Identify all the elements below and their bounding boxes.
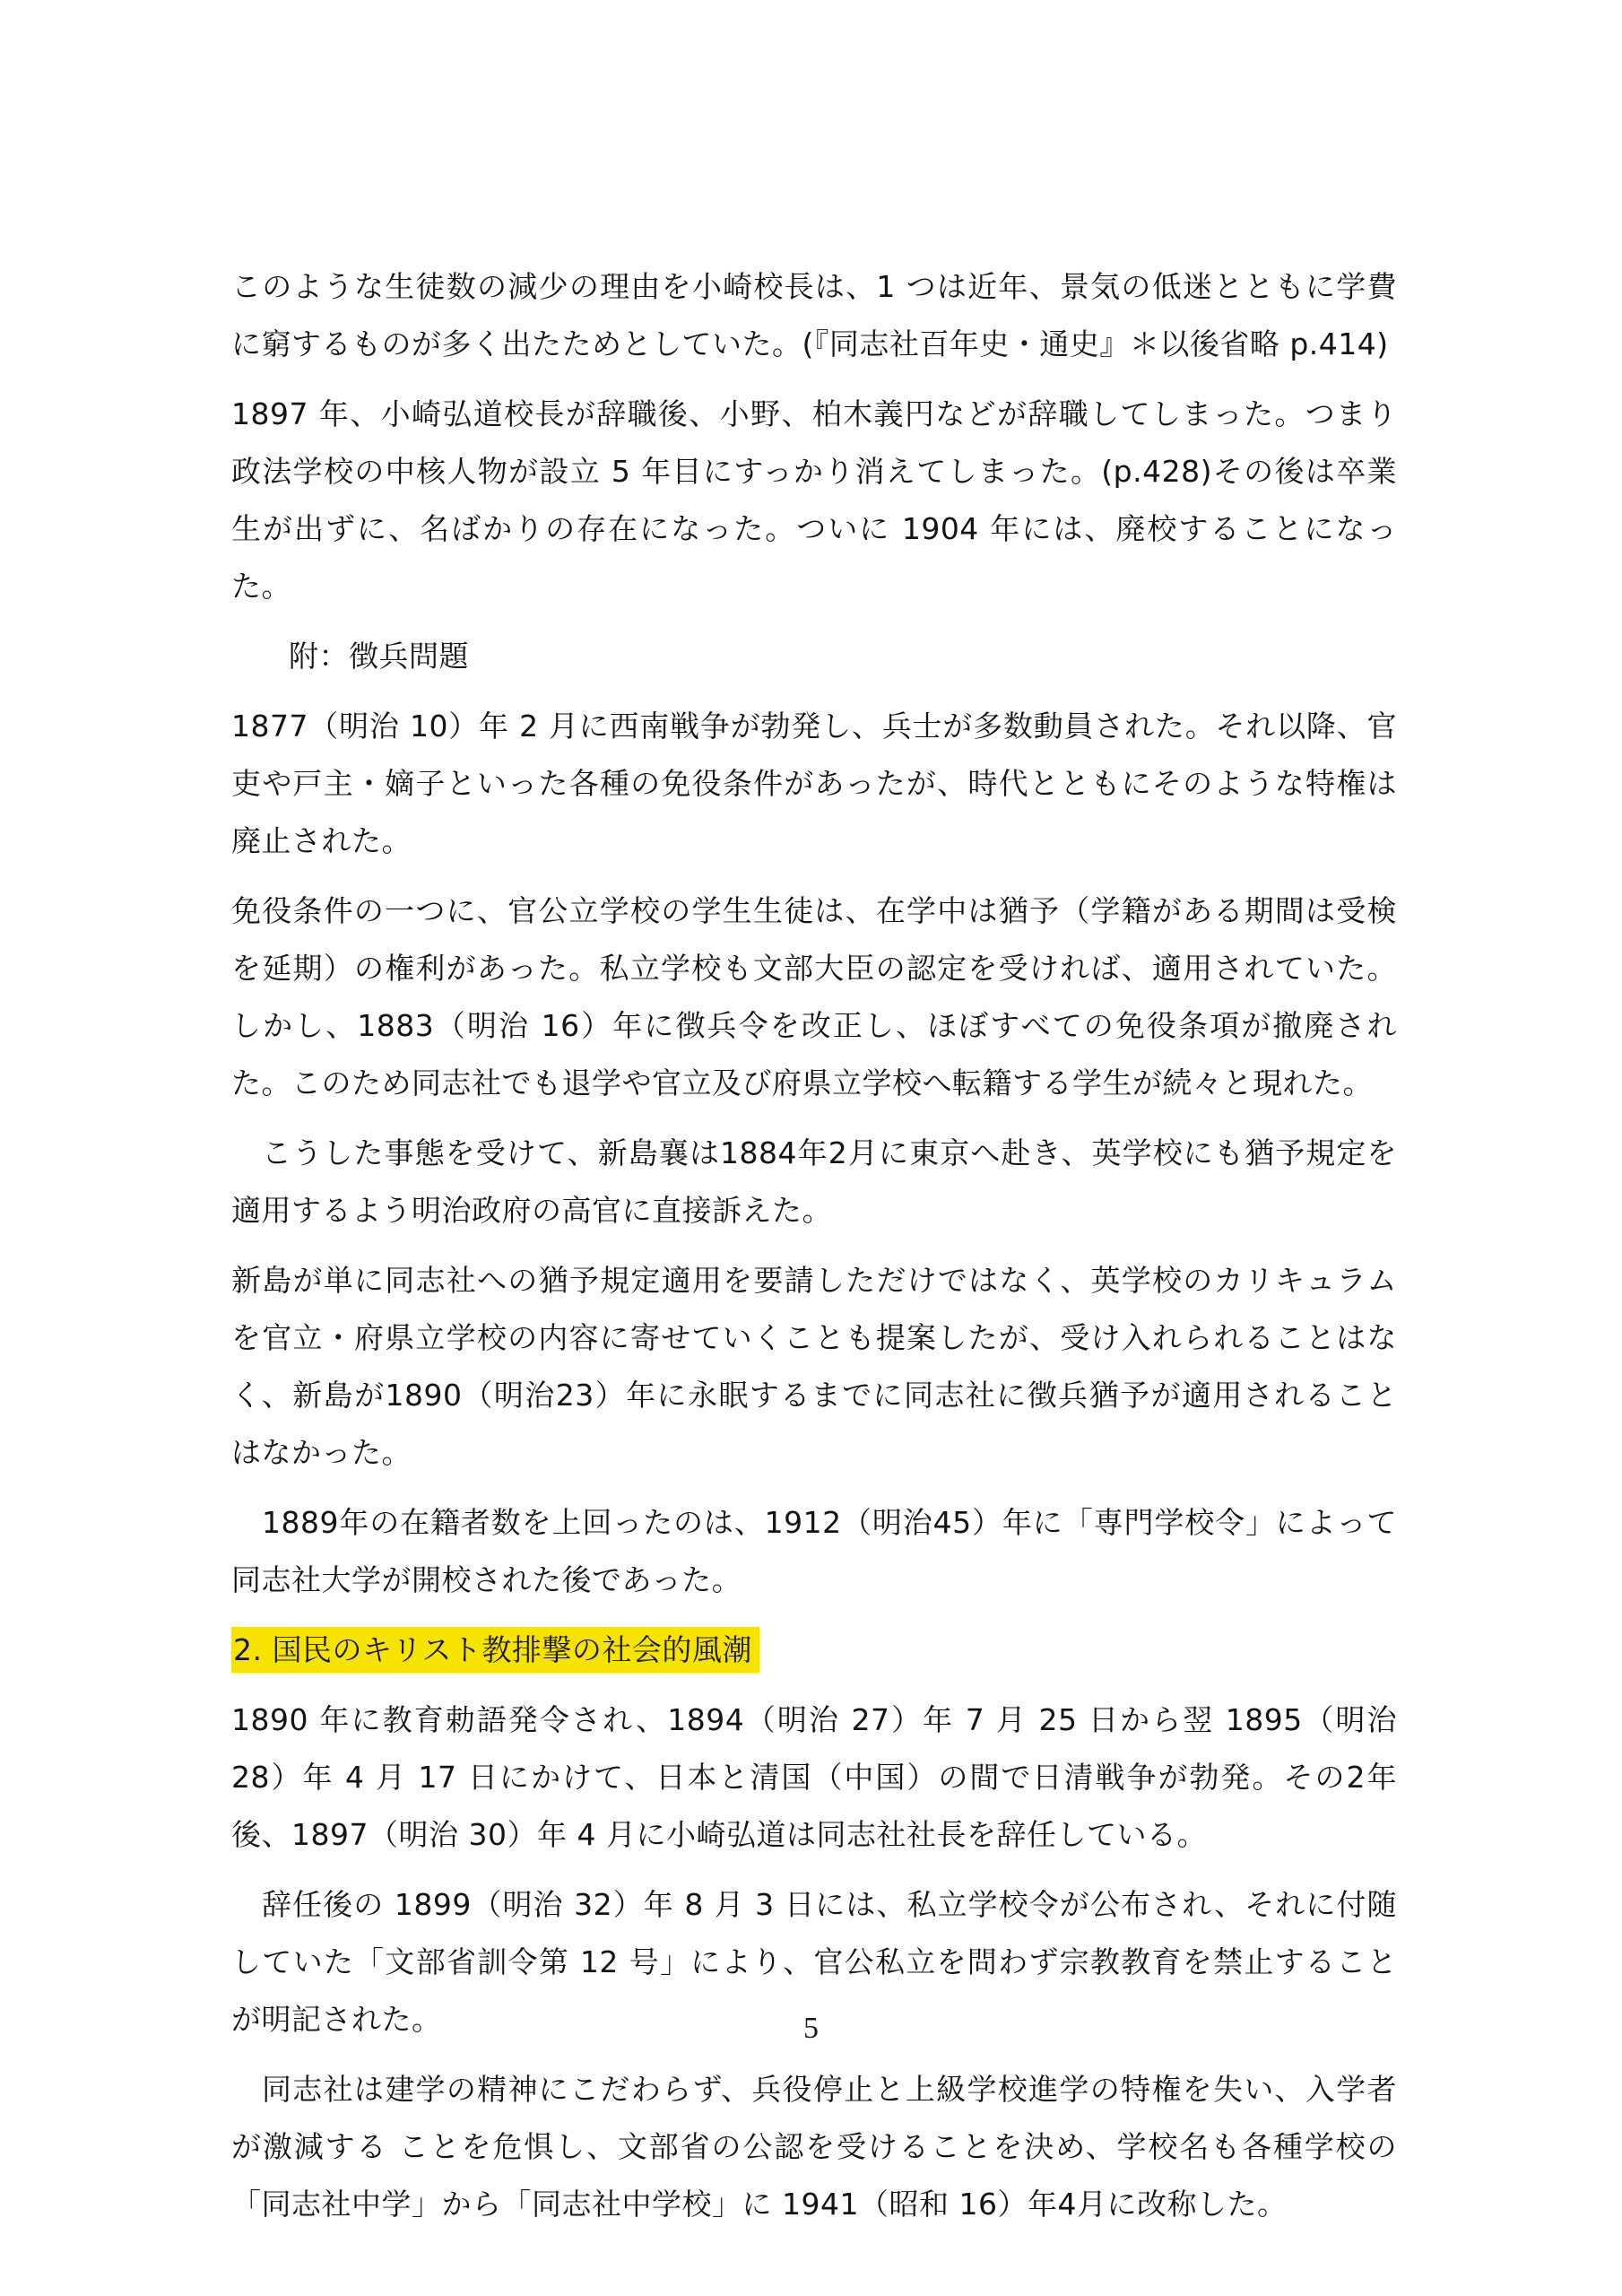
- text-body: このような生徒数の減少の理由を小崎校長は、1 つは近年、景気の低迷とともに学費に…: [231, 258, 1397, 2246]
- paragraph-niijima-curriculum-proposal: 新島が単に同志社への猶予規定適用を要請しただけではなく、英学校のカリキュラムを官…: [231, 1252, 1397, 1482]
- paragraph-student-decline: このような生徒数の減少の理由を小崎校長は、1 つは近年、景気の低迷とともに学費に…: [231, 258, 1397, 373]
- paragraph-niijima-tokyo-appeal: こうした事態を受けて、新島襄は1884年2月に東京へ赴き、英学校にも猶予規定を適…: [231, 1125, 1397, 1239]
- paragraph-1890-imperial-rescript: 1890 年に教育勅語発令され、1894（明治 27）年 7 月 25 日から翌…: [231, 1692, 1397, 1864]
- page-number: 5: [0, 2011, 1622, 2047]
- document-page: このような生徒数の減少の理由を小崎校長は、1 つは近年、景気の低迷とともに学費に…: [0, 0, 1622, 2296]
- paragraph-doshisha-rename-1941: 同志社は建学の精神にこだわらず、兵役停止と上級学校進学の特権を失い、入学者が激減…: [231, 2061, 1397, 2233]
- yellow-highlight: 2. 国民のキリスト教排撃の社会的風潮: [231, 1627, 759, 1673]
- paragraph-1877-seinan-war: 1877（明治 10）年 2 月に西南戦争が勃発し、兵士が多数動員された。それ以…: [231, 698, 1397, 870]
- section-heading-2: 2. 国民のキリスト教排撃の社会的風潮: [231, 1622, 1397, 1679]
- paragraph-exemption-conditions: 免役条件の一つに、官公立学校の学生生徒は、在学中は猶予（学籍がある期間は受検を延…: [231, 883, 1397, 1112]
- paragraph-1889-enrollment: 1889年の在籍者数を上回ったのは、1912（明治45）年に「専門学校令」によっ…: [231, 1494, 1397, 1609]
- paragraph-1897-resignations: 1897 年、小崎弘道校長が辞職後、小野、柏木義円などが辞職してしまった。つまり…: [231, 386, 1397, 615]
- subheading-conscription-issue: 附：徴兵問題: [289, 628, 1397, 685]
